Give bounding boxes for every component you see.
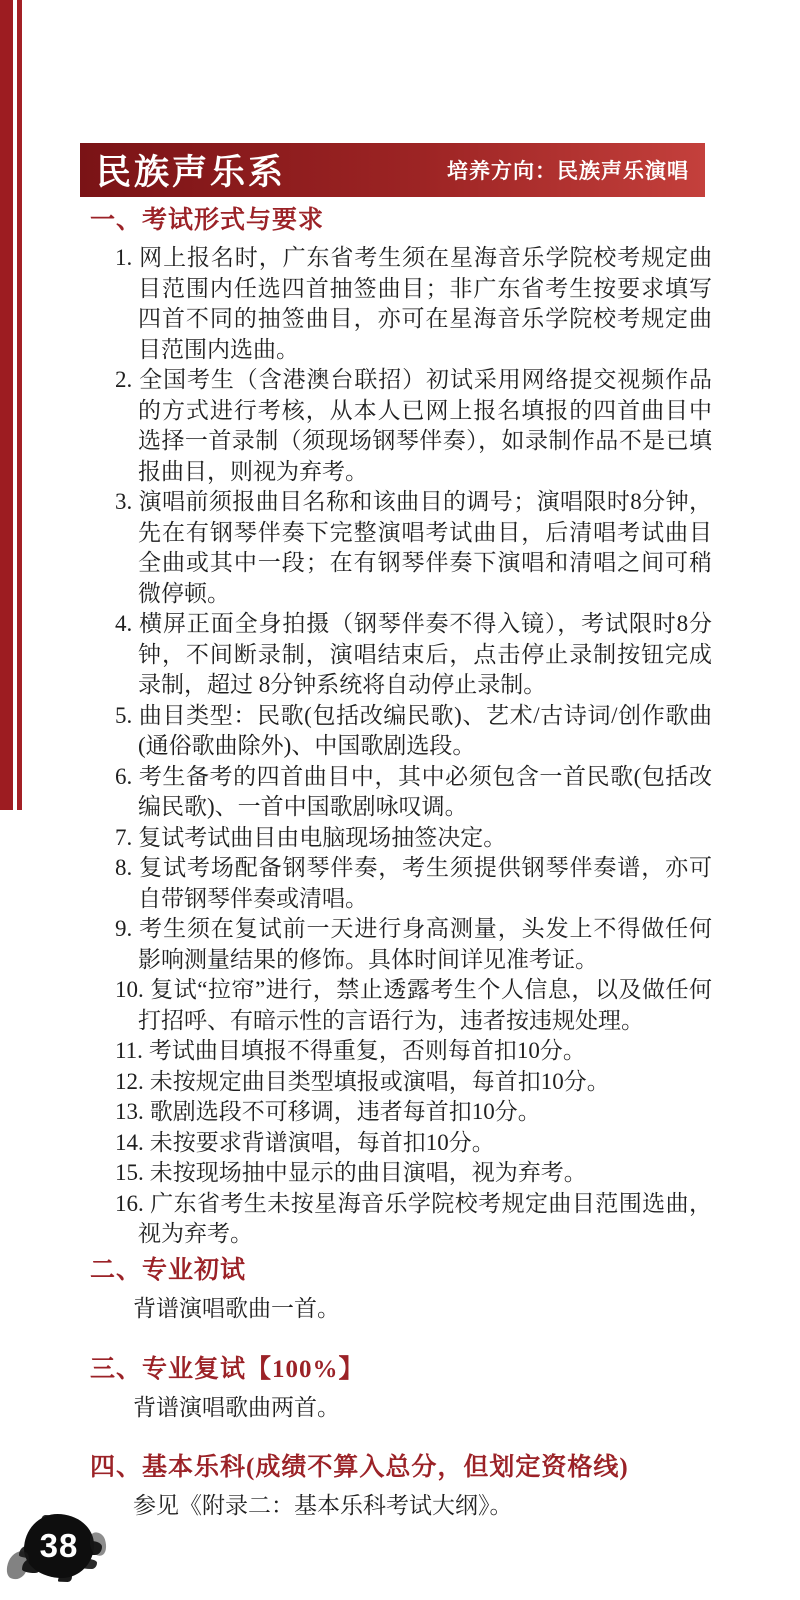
section-preliminary-exam: 二、专业初试 背谱演唱歌曲一首。 [90, 1255, 712, 1324]
department-title: 民族声乐系 [96, 145, 286, 195]
item-text: 考试曲目填报不得重复，否则每首扣10分。 [149, 1038, 586, 1063]
section-basic-music-theory: 四、基本乐科(成绩不算入总分，但划定资格线) 参见《附录二：基本乐科考试大纲》。 [90, 1452, 712, 1521]
left-accent-bar-thick [0, 0, 13, 810]
item-number: 14. [115, 1130, 144, 1155]
training-direction-label: 培养方向：民族声乐演唱 [447, 155, 689, 185]
item-text: 未按现场抽中显示的曲目演唱，视为弃考。 [150, 1160, 587, 1185]
item-text: 横屏正面全身拍摄（钢琴伴奏不得入镜），考试限时8分钟，不间断录制，演唱结束后，点… [138, 611, 712, 697]
section-heading-music-theory: 四、基本乐科(成绩不算入总分，但划定资格线) [90, 1452, 712, 1484]
item-number: 8. [115, 855, 132, 880]
department-banner: 民族声乐系 培养方向：民族声乐演唱 [80, 143, 705, 197]
item-number: 15. [115, 1160, 144, 1185]
requirement-item: 3.演唱前须报曲目名称和该曲目的调号；演唱限时8分钟，先在有钢琴伴奏下完整演唱考… [115, 487, 712, 609]
requirement-item: 4.横屏正面全身拍摄（钢琴伴奏不得入镜），考试限时8分钟，不间断录制，演唱结束后… [115, 609, 712, 701]
section-exam-format-requirements: 一、考试形式与要求 1.网上报名时，广东省考生须在星海音乐学院校考规定曲目范围内… [90, 205, 712, 1250]
item-number: 4. [115, 611, 132, 636]
item-text: 未按规定曲目类型填报或演唱，每首扣10分。 [150, 1069, 610, 1094]
item-text: 演唱前须报曲目名称和该曲目的调号；演唱限时8分钟，先在有钢琴伴奏下完整演唱考试曲… [138, 489, 712, 606]
item-text: 复试考试曲目由电脑现场抽签决定。 [138, 825, 506, 850]
document-page: 民族声乐系 培养方向：民族声乐演唱 一、考试形式与要求 1.网上报名时，广东省考… [0, 0, 800, 1600]
requirement-item: 7.复试考试曲目由电脑现场抽签决定。 [115, 823, 712, 854]
item-text: 广东省考生未按星海音乐学院校考规定曲目范围选曲，视为弃考。 [138, 1191, 712, 1247]
item-text: 考生备考的四首曲目中，其中必须包含一首民歌(包括改编民歌)、一首中国歌剧咏叹调。 [138, 764, 712, 820]
item-number: 16. [115, 1191, 144, 1216]
item-number: 11. [115, 1038, 143, 1063]
requirement-item: 10.复试“拉帘”进行，禁止透露考生个人信息，以及做任何打招呼、有暗示性的言语行… [115, 975, 712, 1036]
section-heading-final: 三、专业复试【100%】 [90, 1354, 712, 1386]
item-number: 2. [115, 367, 132, 392]
requirement-item: 6.考生备考的四首曲目中，其中必须包含一首民歌(包括改编民歌)、一首中国歌剧咏叹… [115, 762, 712, 823]
requirement-item: 12.未按规定曲目类型填报或演唱，每首扣10分。 [115, 1067, 712, 1098]
item-text: 考生须在复试前一天进行身高测量，头发上不得做任何影响测量结果的修饰。具体时间详见… [138, 916, 712, 972]
requirement-item: 5.曲目类型：民歌(包括改编民歌)、艺术/古诗词/创作歌曲(通俗歌曲除外)、中国… [115, 701, 712, 762]
item-text: 全国考生（含港澳台联招）初试采用网络提交视频作品的方式进行考核，从本人已网上报名… [138, 367, 712, 484]
item-number: 7. [115, 825, 132, 850]
requirement-item: 13.歌剧选段不可移调，违者每首扣10分。 [115, 1097, 712, 1128]
item-number: 10. [115, 977, 144, 1002]
item-text: 复试考场配备钢琴伴奏，考生须提供钢琴伴奏谱，亦可自带钢琴伴奏或清唱。 [138, 855, 712, 911]
item-text: 歌剧选段不可移调，违者每首扣10分。 [150, 1099, 541, 1124]
item-number: 6. [115, 764, 132, 789]
item-number: 5. [115, 703, 132, 728]
left-accent-bar-thin [17, 0, 22, 810]
requirement-item: 14.未按要求背谱演唱，每首扣10分。 [115, 1128, 712, 1159]
requirements-list: 1.网上报名时，广东省考生须在星海音乐学院校考规定曲目范围内任选四首抽签曲目；非… [90, 243, 712, 1250]
item-number: 3. [115, 489, 132, 514]
section-heading-preliminary: 二、专业初试 [90, 1255, 712, 1287]
requirement-item: 16.广东省考生未按星海音乐学院校考规定曲目范围选曲，视为弃考。 [115, 1189, 712, 1250]
item-number: 12. [115, 1069, 144, 1094]
requirement-item: 1.网上报名时，广东省考生须在星海音乐学院校考规定曲目范围内任选四首抽签曲目；非… [115, 243, 712, 365]
final-exam-text: 背谱演唱歌曲两首。 [133, 1392, 712, 1423]
requirement-item: 11.考试曲目填报不得重复，否则每首扣10分。 [115, 1036, 712, 1067]
music-theory-text: 参见《附录二：基本乐科考试大纲》。 [133, 1490, 712, 1521]
section-heading-exam-format: 一、考试形式与要求 [90, 205, 712, 237]
item-text: 曲目类型：民歌(包括改编民歌)、艺术/古诗词/创作歌曲(通俗歌曲除外)、中国歌剧… [138, 703, 712, 759]
section-final-exam: 三、专业复试【100%】 背谱演唱歌曲两首。 [90, 1354, 712, 1423]
page-number: 38 [40, 1527, 79, 1565]
requirement-item: 2.全国考生（含港澳台联招）初试采用网络提交视频作品的方式进行考核，从本人已网上… [115, 365, 712, 487]
item-number: 13. [115, 1099, 144, 1124]
requirement-item: 8.复试考场配备钢琴伴奏，考生须提供钢琴伴奏谱，亦可自带钢琴伴奏或清唱。 [115, 853, 712, 914]
page-number-badge: 38 [24, 1514, 94, 1578]
requirement-item: 9.考生须在复试前一天进行身高测量，头发上不得做任何影响测量结果的修饰。具体时间… [115, 914, 712, 975]
item-number: 1. [115, 245, 132, 270]
item-text: 未按要求背谱演唱，每首扣10分。 [150, 1130, 495, 1155]
item-text: 复试“拉帘”进行，禁止透露考生个人信息，以及做任何打招呼、有暗示性的言语行为，违… [138, 977, 712, 1033]
preliminary-exam-text: 背谱演唱歌曲一首。 [133, 1293, 712, 1324]
item-text: 网上报名时，广东省考生须在星海音乐学院校考规定曲目范围内任选四首抽签曲目；非广东… [138, 245, 712, 362]
requirement-item: 15.未按现场抽中显示的曲目演唱，视为弃考。 [115, 1158, 712, 1189]
item-number: 9. [115, 916, 132, 941]
content-column: 一、考试形式与要求 1.网上报名时，广东省考生须在星海音乐学院校考规定曲目范围内… [90, 205, 712, 1521]
